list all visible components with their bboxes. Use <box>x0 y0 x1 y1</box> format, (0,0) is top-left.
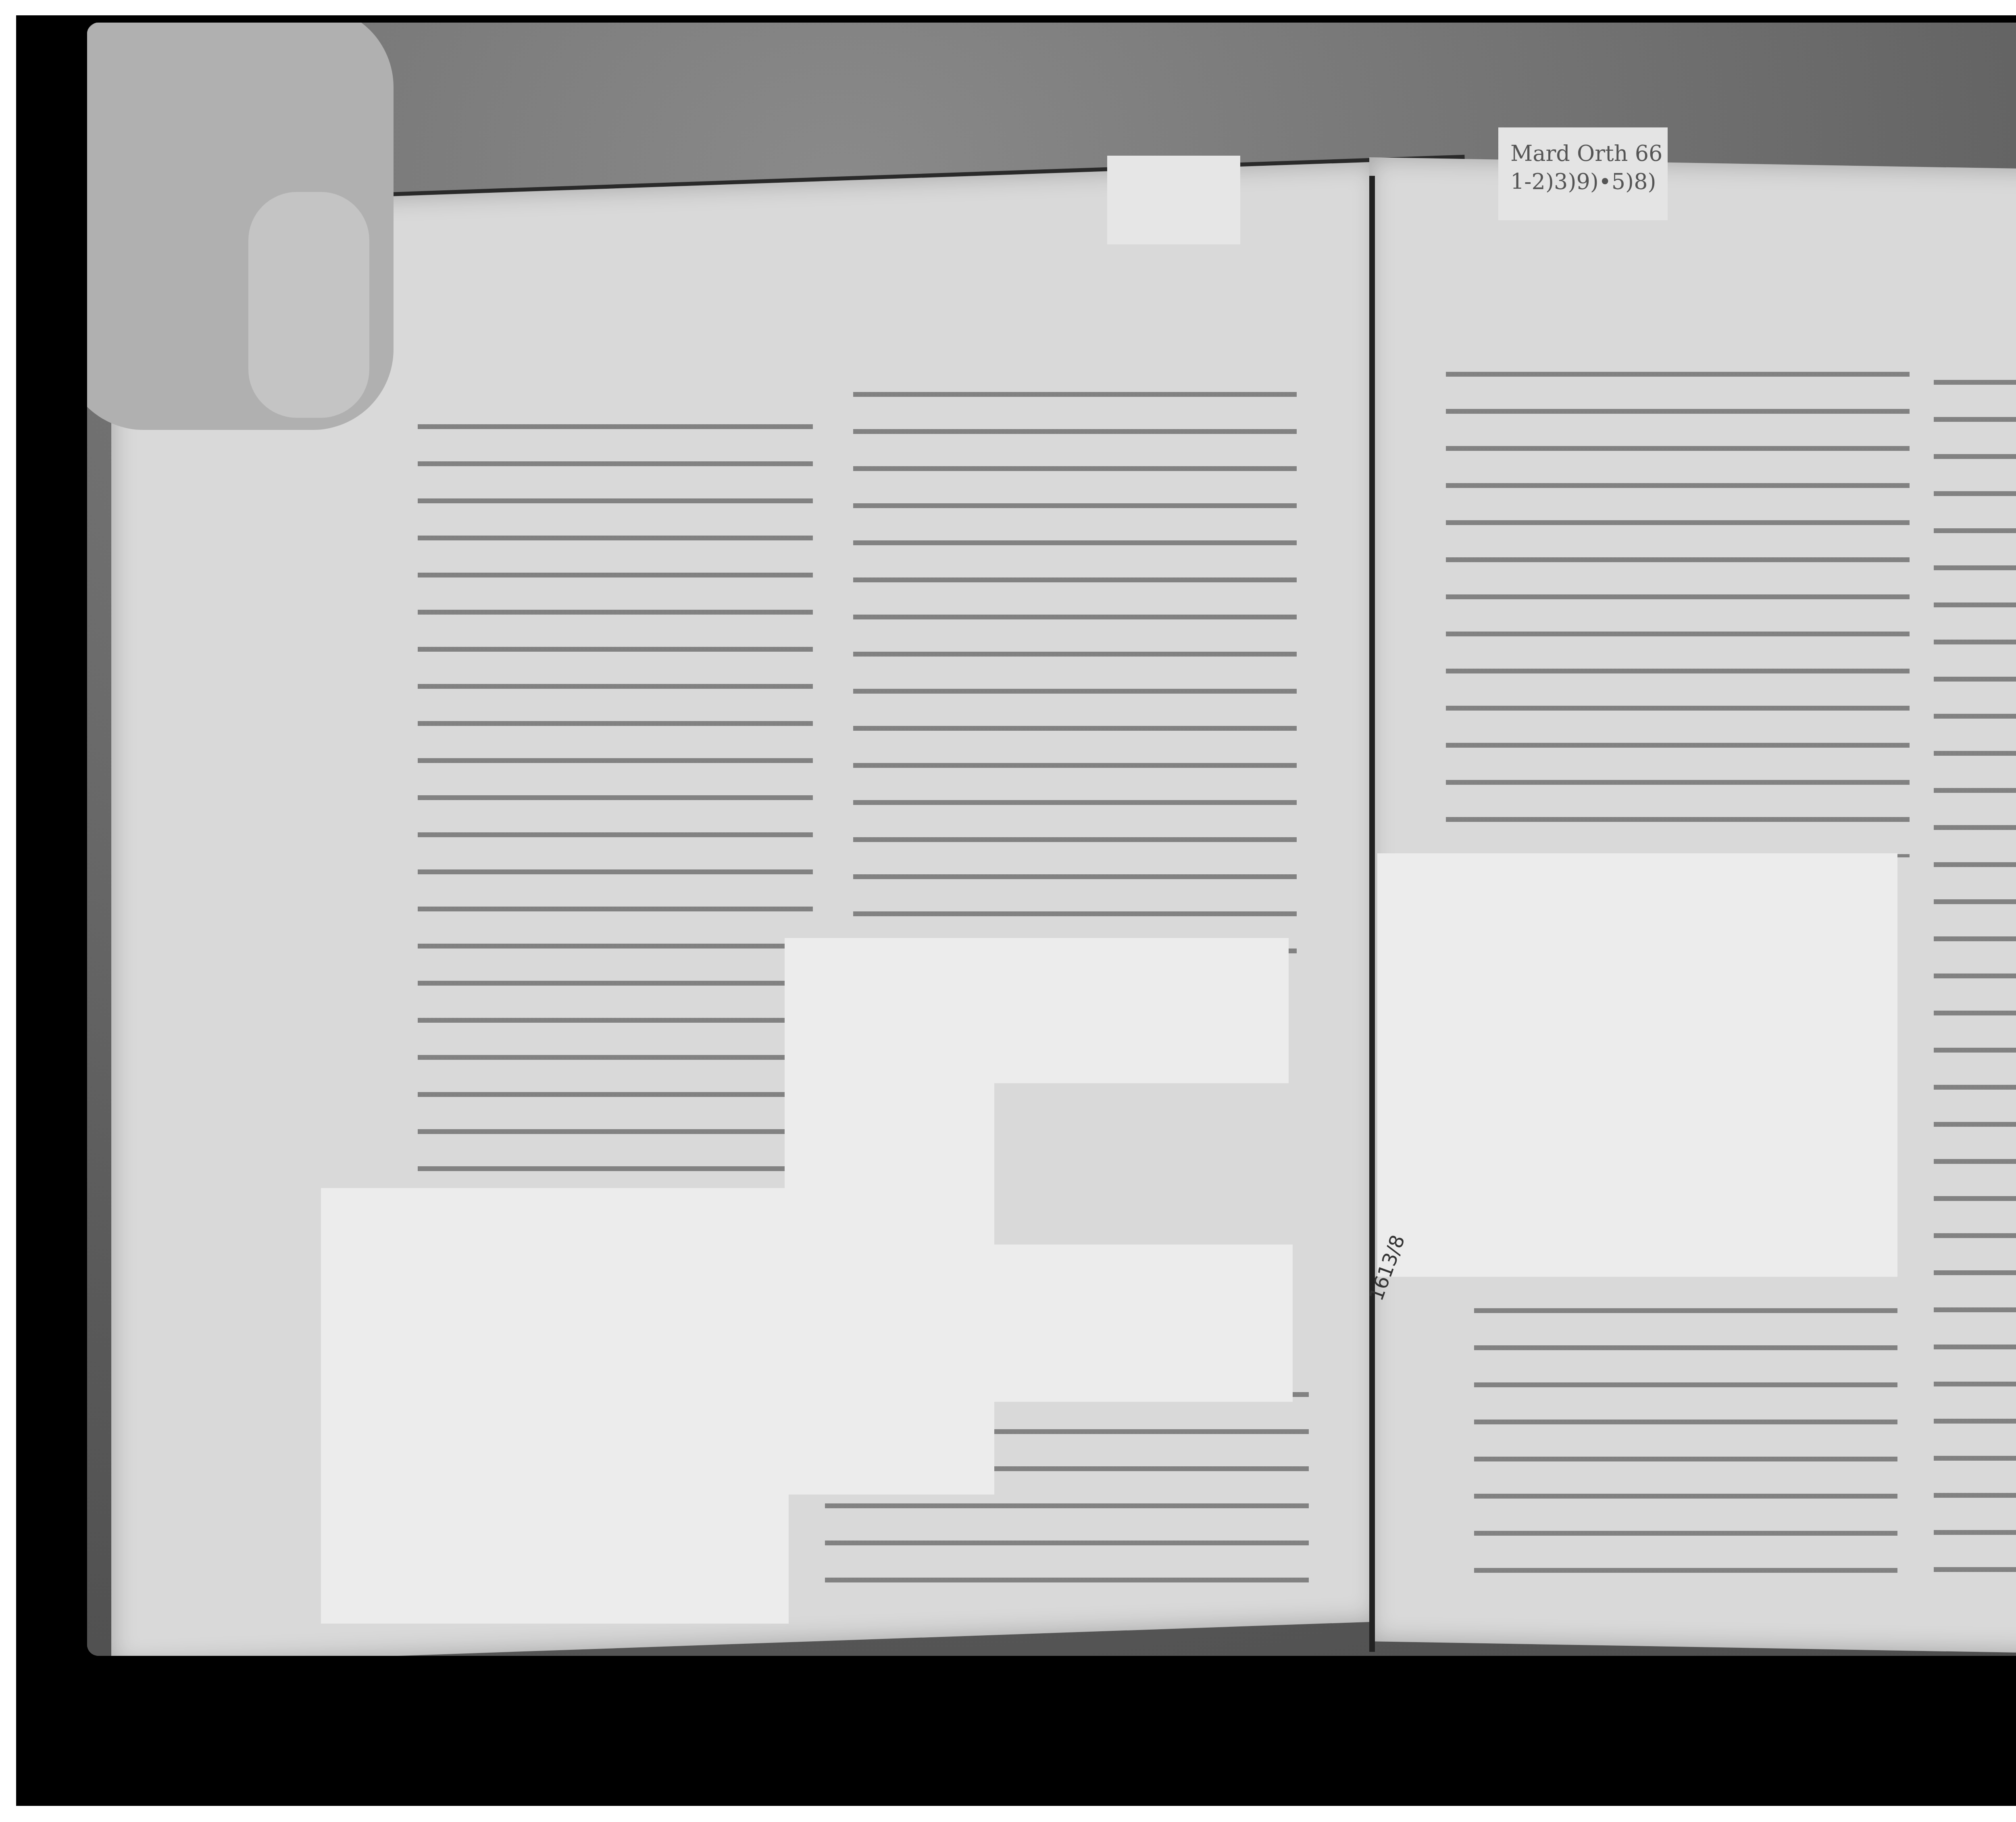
shelfmark-line-1: Mard Orth 66 <box>1510 140 1664 168</box>
repair-patch-left-lower <box>785 1083 994 1495</box>
book-spine <box>1369 176 1375 1652</box>
right-page-column-1 <box>1446 353 1910 857</box>
repair-patch-left-middle <box>785 938 1289 1083</box>
right-page-column-1-lower <box>1474 1253 1897 1603</box>
shelfmark-label-text: Mard Orth 66 1-2)3)9)•5)8) <box>1510 140 1664 196</box>
left-page-column-2 <box>853 373 1297 978</box>
repair-patch-left-gap <box>994 1245 1293 1402</box>
left-thumb <box>248 192 369 418</box>
repair-patch-left-bottom <box>321 1188 789 1624</box>
right-page-column-2 <box>1934 361 2016 1603</box>
shelfmark-line-2: 1-2)3)9)•5)8) <box>1510 168 1664 196</box>
left-page-column-1 <box>418 406 813 1212</box>
manuscript-photograph: Mard Orth 66 1-2)3)9)•5)8) 1613/8 <box>87 23 2016 1656</box>
repair-patch-right-center <box>1377 853 1897 1277</box>
paper-tab-slip <box>1107 156 1240 244</box>
